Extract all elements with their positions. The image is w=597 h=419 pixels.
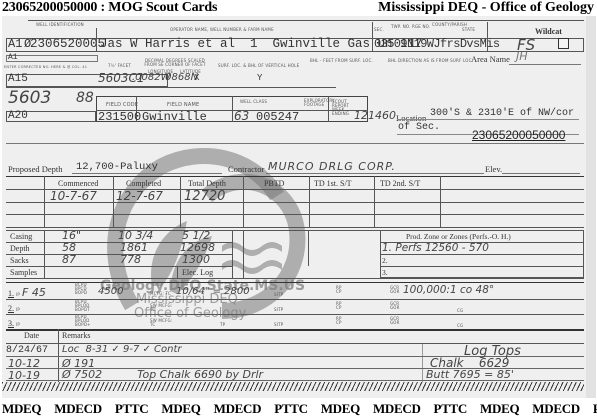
row-divider: [6, 266, 232, 267]
footer-item: MDEQ: [2, 401, 41, 417]
row-divider: [6, 87, 336, 88]
completed-value: 12-7-67: [116, 189, 163, 203]
casing-3-sacks: 1300: [182, 253, 210, 266]
footer-item: MDECD: [532, 401, 580, 417]
remark-1-text: Loc 8-31 ✓ 9-7 ✓ Contr: [62, 344, 182, 355]
casing-1-sacks: 87: [62, 253, 76, 266]
test-1-gcr-gor: GCR GOR: [390, 286, 400, 294]
y-label: Y: [257, 73, 262, 83]
card-code-a1: A1: [8, 37, 22, 51]
footer-item: MDEQ: [480, 401, 519, 417]
remark-3-text: Ø 7502 Top Chalk 6690 by Drlr: [62, 368, 263, 381]
column-divider: [308, 230, 309, 266]
footer-item: PTTC: [593, 401, 597, 417]
test-3-num: 3.: [8, 319, 14, 328]
card-code-a15: A15: [8, 73, 28, 85]
rge-label: RGE NO.: [412, 24, 430, 29]
correction-box: [6, 55, 98, 62]
sacks-label: Sacks: [10, 256, 29, 265]
column-divider: [422, 344, 423, 382]
row-divider: [380, 266, 584, 267]
row-divider: [28, 20, 584, 21]
casing-label: Casing: [10, 232, 32, 241]
proposed-depth-underline: [72, 173, 222, 174]
test-1-ip-value: F 45: [22, 286, 46, 299]
footer-item: MDEQ: [321, 401, 360, 417]
test-3-mcf-label: SW MCFG: TC: [150, 319, 174, 327]
test-1-rate: 4500: [98, 286, 123, 297]
elec-log-label: Elec. Log: [182, 268, 213, 277]
test-3-ip-label: IP: [16, 322, 20, 327]
row-divider: [6, 282, 584, 283]
test-2-rate-labels: BCPD BPLOD BOPDT: [75, 300, 87, 312]
column-divider: [113, 176, 114, 227]
column-divider: [243, 176, 244, 227]
column-divider: [44, 176, 45, 227]
area-name-label: Area Name: [471, 54, 510, 64]
test-1-ip-label: IP: [16, 292, 20, 297]
prod-zone-1: 1. Perfs 12560 - 570: [382, 242, 489, 254]
wildcat-label: Wildcat: [535, 27, 562, 36]
field-code-value: 231500: [98, 110, 141, 124]
casing-2-sacks: 778: [120, 253, 141, 266]
row-divider: [380, 254, 584, 255]
row-divider: [6, 329, 584, 331]
column-divider: [372, 22, 373, 52]
column-divider: [328, 96, 329, 122]
column-divider: [177, 266, 178, 278]
contractor-value: MURCO DRLG CORP.: [268, 160, 396, 173]
bhl-dir-label: BHL DIRECTION AS IS FROM SURF LOC: [388, 58, 472, 63]
footer-banner: MDEQMDECDPTTCMDEQMDECDPTTCMDEQMDECDPTTCM…: [0, 400, 597, 419]
x-label: X: [194, 73, 199, 83]
wildcat-checkbox[interactable]: [558, 38, 569, 49]
test-1-mcf-label: MCFG: TC: [150, 291, 171, 296]
footer-item: MDECD: [214, 401, 262, 417]
test-1-gor: 100,000:1 co 48°: [403, 284, 494, 296]
surf-loc-label: SURF. LOC. & BHL OF VERTICAL HOLE: [218, 63, 299, 68]
header-pbtd: PBTD: [264, 179, 284, 188]
test-1-mcf: 10/64" = 2800: [176, 286, 250, 297]
state-label: STATE: [462, 27, 475, 32]
remark-3-right: Butt 7695 = 85': [426, 368, 514, 381]
test-3-rate-labels: BCPD BPLOD BOPD+: [75, 315, 87, 327]
test-2-num: 2.: [8, 304, 14, 313]
footer-item: PTTC: [274, 401, 307, 417]
column-divider: [487, 22, 488, 52]
correction-note: ENTER CORRECTED NO. HERE & @ COL. 41: [4, 65, 87, 69]
area-name-underline: [509, 64, 581, 65]
well-id-value: 2306520005: [30, 37, 105, 51]
test-2-rp-cp: RP CP: [336, 302, 344, 310]
remark-1-date: 8/24/67: [6, 345, 48, 356]
handwritten-facet-note: 5603: [8, 88, 51, 108]
elev-label: Elev.: [485, 164, 502, 174]
remarks-header: Remarks: [62, 331, 90, 340]
card-edge: [586, 16, 596, 398]
facet-label: 7½' FACET: [108, 63, 131, 68]
column-divider: [440, 176, 441, 227]
elev-underline: [502, 173, 580, 174]
codes-value: 005247: [256, 110, 299, 124]
operator-header-label: OPERATOR NAME, WELL NUMBER & FARM NAME: [170, 27, 274, 32]
column-divider: [232, 96, 233, 122]
prod-zone-2: 2.: [382, 256, 388, 265]
test-2-cg: CG: [457, 308, 463, 313]
date-header: Date: [24, 331, 39, 340]
header-completed: Completed: [126, 179, 161, 188]
total-depth-value: 12720: [184, 189, 225, 204]
footer-item: MDEQ: [161, 401, 200, 417]
row-divider: [6, 314, 584, 315]
card-bottom-hatch: [2, 382, 584, 391]
proposed-depth-label: Proposed Depth: [8, 164, 63, 174]
twp-label: TWP. NO.: [391, 24, 411, 29]
test-3-rp-cp: RP CP: [336, 317, 344, 325]
column-divider: [96, 28, 97, 52]
remark-3-date: 10-19: [8, 369, 40, 382]
location-codes-value: 03509N19WJfrsDvsMis: [374, 37, 499, 51]
section-divider: [6, 143, 584, 144]
scout-card: WELL IDENTIFICATION OPERATOR NAME, WELL …: [2, 16, 596, 398]
latitude-value: .0868N: [162, 72, 198, 83]
test-2-sitp: SITP: [274, 307, 283, 312]
well-identification-label: WELL IDENTIFICATION: [36, 22, 84, 27]
handwritten-number-note: 88: [76, 90, 94, 106]
footer-item: MDECD: [54, 401, 102, 417]
card-title: 23065200050000 : MOG Scout Cards: [2, 0, 217, 16]
footer-item: PTTC: [115, 401, 148, 417]
scout-date-value: 121460: [354, 109, 396, 122]
sec-label: SEC.: [374, 27, 384, 32]
prod-zone-3: 3.: [382, 268, 388, 277]
row-divider: [6, 214, 584, 215]
test-3-cg: CG: [457, 323, 463, 328]
coord-label: DECIMAL DEGREES SCALED FROM SE CORNER OF…: [142, 59, 208, 67]
table-top-border: [6, 176, 584, 177]
test-2-gcr-gor: GCR GOR: [390, 302, 400, 310]
footer-item: PTTC: [434, 401, 467, 417]
api-number: 23065200050000: [472, 128, 565, 142]
column-divider: [243, 230, 244, 278]
contractor-underline: [266, 173, 484, 174]
test-3-sitp: SITP: [274, 322, 283, 327]
test-2-ip-label: IP: [16, 307, 20, 312]
test-1-rp-cp: RP CP: [336, 286, 344, 294]
location-underline: [397, 119, 579, 120]
header-td-1st-st: TD 1st. S/T: [314, 179, 352, 188]
area-name-value: JH: [516, 50, 528, 63]
row-divider: [6, 299, 584, 300]
column-divider: [232, 230, 233, 278]
column-divider: [180, 176, 181, 227]
commenced-value: 10-7-67: [50, 189, 97, 203]
contractor-label: Contractor: [228, 164, 264, 174]
bhl-feet-label: BHL - FEET FROM SURF. LOC.: [310, 58, 373, 63]
test-1-sitp: SITP: [274, 292, 283, 297]
test-3-tp: TP: [220, 322, 225, 327]
field-name-value: Gwinville: [142, 110, 207, 124]
column-divider: [44, 230, 45, 278]
header-commenced: Commenced: [58, 179, 98, 188]
test-2-mcf-label: SW MCFG: TC: [150, 304, 174, 312]
location-line1: 300'S & 2310'E of NW/cor: [430, 108, 574, 119]
header-total-depth: Total Depth: [188, 179, 226, 188]
well-class-value: 63: [234, 109, 249, 123]
prod-zone-title: Prod. Zone or Zones (Perfs.-O. H.): [406, 232, 511, 241]
column-divider: [309, 176, 310, 227]
agency-title: Mississippi DEQ - Office of Geology: [378, 0, 594, 16]
footer-item: MDECD: [373, 401, 421, 417]
card-code-a20: A20: [8, 110, 28, 122]
test-3-gcr-gor: GCR GOR: [390, 317, 400, 325]
correction-card-code: A1: [8, 53, 18, 62]
test-1-num: 1.: [8, 289, 14, 298]
depth-label: Depth: [10, 244, 30, 253]
samples-label: Samples: [10, 268, 37, 277]
proposed-depth-value: 12,700-Paluxy: [76, 161, 158, 173]
header-td-2nd-st: TD 2nd. S/T: [380, 179, 420, 188]
column-divider: [374, 176, 375, 227]
page-header: 23065200050000 : MOG Scout Cards Mississ…: [0, 0, 597, 16]
location-line2: of Sec.: [398, 122, 440, 133]
test-1-rate-labels: BCPD BPCD BOPD: [75, 283, 87, 295]
row-divider: [6, 227, 584, 228]
